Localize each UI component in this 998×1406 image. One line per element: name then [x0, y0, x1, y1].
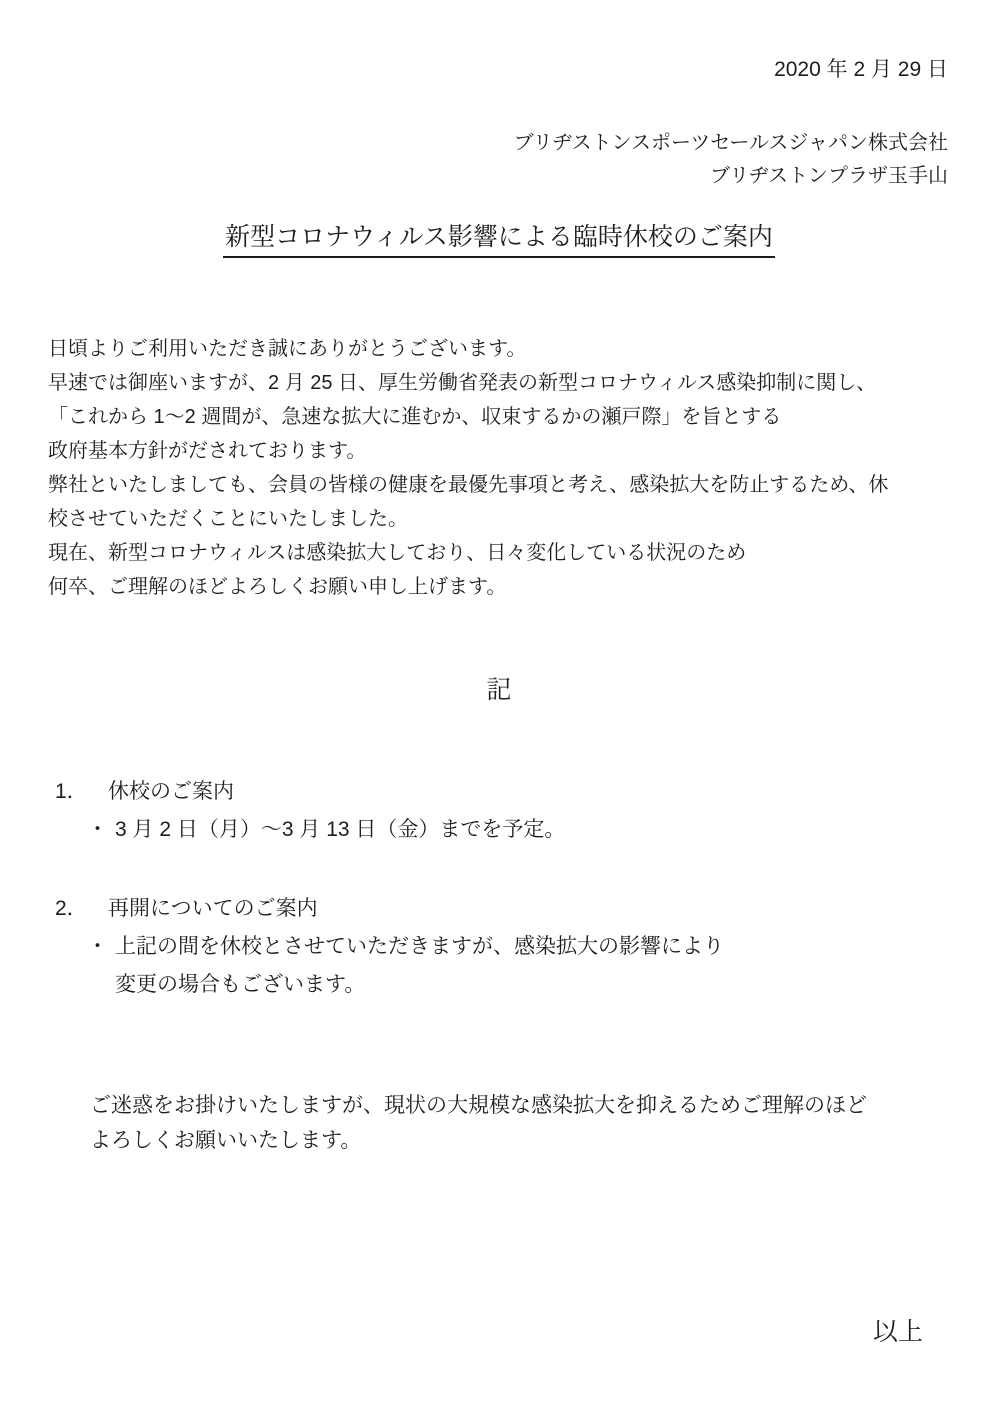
- body-line: 現在、新型コロナウィルスは感染拡大しており、日々変化している状況のため: [48, 536, 948, 570]
- item-line: 3 月 2 日（月）～3 月 13 日（金）までを予定。: [115, 815, 565, 845]
- bullet-icon: ・: [87, 815, 115, 845]
- bullet-row: ・ 上記の間を休校とさせていただきますが、感染拡大の影響により 変更の場合もござ…: [48, 932, 948, 1000]
- body-line: 「これから 1～2 週間が、急速な拡大に進むか、収束するかの瀬戸際」を旨とする: [48, 400, 948, 434]
- date-text: 2020 年 2 月 29 日: [774, 56, 948, 84]
- item-line: 変更の場合もございます。: [115, 970, 724, 1000]
- body-line: 校させていただくことにいたしました。: [48, 502, 948, 536]
- item-number: 2．: [55, 894, 108, 924]
- item-heading-row: 1． 休校のご案内: [48, 777, 948, 807]
- company-branch-name: ブリヂストンプラザ玉手山: [710, 163, 948, 189]
- closing-paragraph: ご迷惑をお掛けいたしますが、現状の大規模な感染拡大を抑えるためご理解のほど よろ…: [90, 1088, 948, 1158]
- item-heading: 休校のご案内: [108, 777, 234, 807]
- item-heading: 再開についてのご案内: [108, 894, 318, 924]
- bullet-row: ・ 3 月 2 日（月）～3 月 13 日（金）までを予定。: [48, 815, 948, 845]
- body-paragraph: 日頃よりご利用いただき誠にありがとうございます。 早速では御座いますが、2 月 …: [48, 332, 948, 604]
- document-title: 新型コロナウィルス影響による臨時休校のご案内: [223, 221, 775, 258]
- title-row: 新型コロナウィルス影響による臨時休校のご案内: [0, 221, 998, 258]
- company-name: ブリヂストンスポーツセールスジャパン株式会社: [514, 130, 948, 156]
- list-item-reopening-notice: 2． 再開についてのご案内 ・ 上記の間を休校とさせていただきますが、感染拡大の…: [48, 894, 948, 1000]
- body-line: 日頃よりご利用いただき誠にありがとうございます。: [48, 332, 948, 366]
- body-line: 政府基本方針がだされております。: [48, 434, 948, 468]
- bullet-text: 上記の間を休校とさせていただきますが、感染拡大の影響により 変更の場合もございま…: [115, 932, 724, 1000]
- body-line: 何卒、ご理解のほどよろしくお願い申し上げます。: [48, 570, 948, 604]
- closing-line: よろしくお願いいたします。: [90, 1123, 948, 1158]
- list-item-closure-notice: 1． 休校のご案内 ・ 3 月 2 日（月）～3 月 13 日（金）までを予定。: [48, 777, 948, 845]
- document-page: 2020 年 2 月 29 日 ブリヂストンスポーツセールスジャパン株式会社 ブ…: [0, 0, 998, 1406]
- bullet-icon: ・: [87, 932, 115, 1000]
- item-line: 上記の間を休校とさせていただきますが、感染拡大の影響により: [115, 932, 724, 962]
- item-heading-row: 2． 再開についてのご案内: [48, 894, 948, 924]
- record-marker: 記: [0, 674, 998, 706]
- closing-line: ご迷惑をお掛けいたしますが、現状の大規模な感染拡大を抑えるためご理解のほど: [90, 1088, 948, 1123]
- body-line: 早速では御座いますが、2 月 25 日、厚生労働省発表の新型コロナウィルス感染抑…: [48, 366, 948, 400]
- body-line: 弊社といたしましても、会員の皆様の健康を最優先事項と考え、感染拡大を防止するため…: [48, 468, 948, 502]
- closing-word: 以上: [873, 1316, 923, 1348]
- item-number: 1．: [55, 777, 108, 807]
- bullet-text: 3 月 2 日（月）～3 月 13 日（金）までを予定。: [115, 815, 565, 845]
